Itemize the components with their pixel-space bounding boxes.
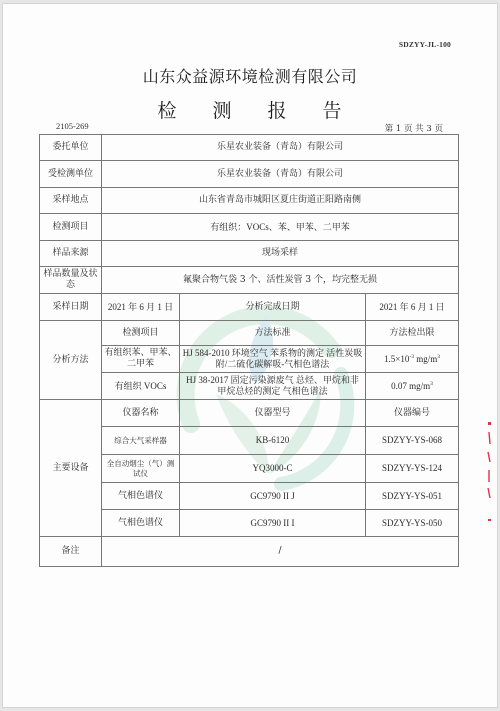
equipment-id: SDZYY-YS-050 — [366, 510, 459, 537]
client-label: 委托单位 — [40, 135, 102, 161]
remarks-label: 备注 — [40, 537, 102, 567]
equipment-model: YQ3000-C — [180, 455, 366, 483]
analysis-header-item: 检测项目 — [102, 321, 180, 346]
equipment-header-model: 仪器型号 — [180, 400, 366, 427]
analysis-header-row: 分析方法 检测项目 方法标准 方法检出限 — [40, 321, 459, 346]
page-indicator: 第 1 页 共 3 页 — [385, 122, 443, 134]
report-number: 2105-269 — [56, 121, 89, 131]
tested-unit-label: 受检测单位 — [40, 161, 102, 188]
sampling-site-value: 山东省青岛市城阳区夏庄街道正阳路南侧 — [102, 188, 459, 214]
test-items-value: 有组织：VOCs、苯、甲苯、二甲苯 — [102, 214, 459, 241]
sampling-date-label: 采样日期 — [40, 294, 102, 321]
analysis-limit: 1.5×10-3 mg/m3 — [366, 346, 459, 373]
equipment-header-name: 仪器名称 — [102, 400, 180, 427]
equipment-name: 全自动烟尘（气）测试仪 — [102, 455, 180, 483]
analysis-limit: 0.07 mg/m3 — [366, 373, 459, 400]
equipment-model: GC9790 II I — [180, 510, 366, 537]
equipment-id: SDZYY-YS-068 — [366, 427, 459, 455]
analysis-header-method: 方法标准 — [180, 321, 366, 346]
analysis-header-limit: 方法检出限 — [366, 321, 459, 346]
equipment-row: 气相色谱仪 GC9790 II J SDZYY-YS-051 — [40, 483, 459, 510]
sample-source-value: 现场采样 — [102, 241, 459, 267]
limit-unit-exponent: 3 — [437, 354, 440, 360]
analysis-row: 有组织苯、甲苯、二甲苯 HJ 584-2010 环境空气 苯系物的测定 活性炭吸… — [40, 346, 459, 373]
analysis-item: 有组织 VOCs — [102, 373, 180, 400]
info-row-sampling-site: 采样地点 山东省青岛市城阳区夏庄街道正阳路南侧 — [40, 188, 459, 214]
company-name: 山东众益源环境检测有限公司 — [3, 64, 497, 87]
remarks-value: / — [102, 537, 459, 567]
equipment-name: 气相色谱仪 — [102, 483, 180, 510]
limit-base: 1.5×10 — [384, 354, 409, 364]
report-title: 检 测 报 告 — [3, 96, 497, 123]
limit-base: 0.07 — [391, 381, 407, 391]
equipment-header-id: 仪器编号 — [366, 400, 459, 427]
client-value: 乐星农业装备（青岛）有限公司 — [102, 135, 459, 161]
equipment-label: 主要设备 — [40, 400, 102, 537]
analysis-date-label: 分析完成日期 — [180, 294, 366, 321]
analysis-row: 有组织 VOCs HJ 38-2017 固定污染源废气 总烃、甲烷和非甲烷总烃的… — [40, 373, 459, 400]
equipment-name: 气相色谱仪 — [102, 510, 180, 537]
sample-quantity-label: 样品数量及状态 — [40, 267, 102, 294]
analysis-method: HJ 38-2017 固定污染源废气 总烃、甲烷和非甲烷总烃的测定 气相色谱法 — [180, 373, 366, 400]
remarks-row: 备注 / — [40, 537, 459, 567]
limit-unit-exponent: 3 — [430, 381, 433, 387]
equipment-name: 综合大气采样器 — [102, 427, 180, 455]
equipment-id: SDZYY-YS-124 — [366, 455, 459, 483]
dates-row: 采样日期 2021 年 6 月 1 日 分析完成日期 2021 年 6 月 1 … — [40, 294, 459, 321]
equipment-model: GC9790 II J — [180, 483, 366, 510]
equipment-header-row: 主要设备 仪器名称 仪器型号 仪器编号 — [40, 400, 459, 427]
sample-source-label: 样品来源 — [40, 241, 102, 267]
info-row-sample-source: 样品来源 现场采样 — [40, 241, 459, 267]
document-code: SDZYY-JL-100 — [399, 40, 451, 49]
analysis-item: 有组织苯、甲苯、二甲苯 — [102, 346, 180, 373]
equipment-model: KB-6120 — [180, 427, 366, 455]
report-table: 委托单位 乐星农业装备（青岛）有限公司 受检测单位 乐星农业装备（青岛）有限公司… — [39, 134, 459, 567]
tested-unit-value: 乐星农业装备（青岛）有限公司 — [102, 161, 459, 188]
info-row-sample-quantity: 样品数量及状态 氟聚合物气袋 3 个、活性炭管 3 个，均完整无损 — [40, 267, 459, 294]
sample-quantity-value: 氟聚合物气袋 3 个、活性炭管 3 个，均完整无损 — [102, 267, 459, 294]
seal-edge-mark-icon — [487, 422, 493, 522]
test-items-label: 检测项目 — [40, 214, 102, 241]
equipment-row: 综合大气采样器 KB-6120 SDZYY-YS-068 — [40, 427, 459, 455]
limit-unit: mg/m — [414, 354, 437, 364]
equipment-id: SDZYY-YS-051 — [366, 483, 459, 510]
limit-unit: mg/m — [407, 381, 430, 391]
info-row-tested-unit: 受检测单位 乐星农业装备（青岛）有限公司 — [40, 161, 459, 188]
info-row-client: 委托单位 乐星农业装备（青岛）有限公司 — [40, 135, 459, 161]
info-row-test-items: 检测项目 有组织：VOCs、苯、甲苯、二甲苯 — [40, 214, 459, 241]
equipment-row: 全自动烟尘（气）测试仪 YQ3000-C SDZYY-YS-124 — [40, 455, 459, 483]
analysis-date-value: 2021 年 6 月 1 日 — [366, 294, 459, 321]
equipment-row: 气相色谱仪 GC9790 II I SDZYY-YS-050 — [40, 510, 459, 537]
analysis-method-label: 分析方法 — [40, 321, 102, 400]
sampling-date-value: 2021 年 6 月 1 日 — [102, 294, 180, 321]
sampling-site-label: 采样地点 — [40, 188, 102, 214]
analysis-method: HJ 584-2010 环境空气 苯系物的测定 活性炭吸附/二硫化碳解吸-气相色… — [180, 346, 366, 373]
